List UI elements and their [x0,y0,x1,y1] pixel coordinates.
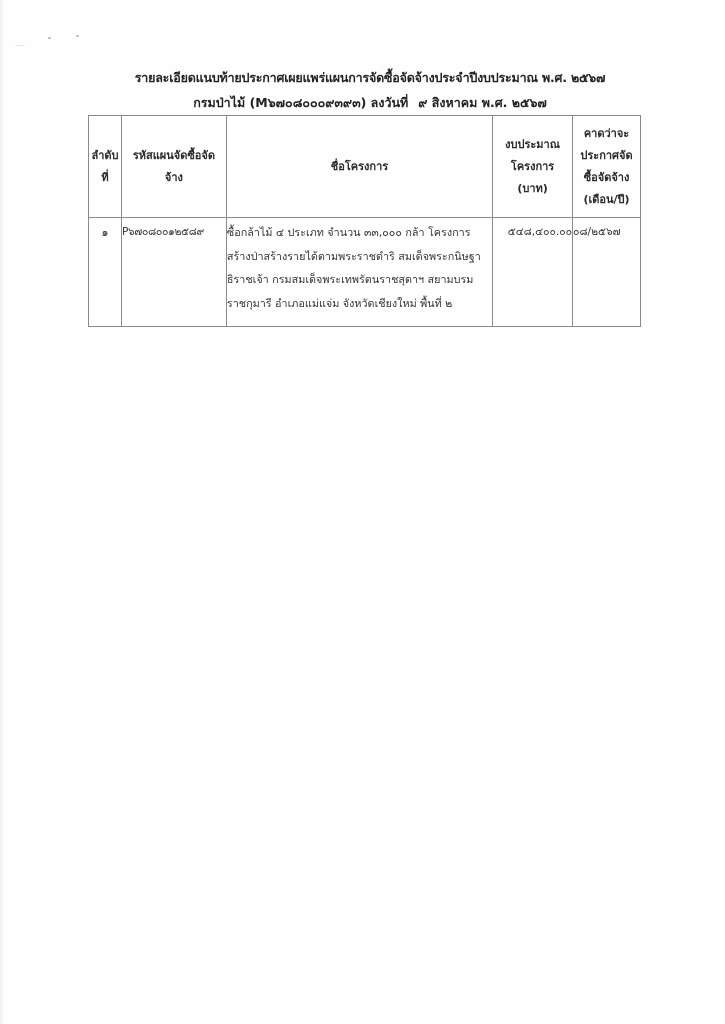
cell-plan-code: P๖๗๐๘๐๐๑๒๕๘๙ [121,218,226,327]
scanned-page: รายละเอียดแนบท้ายประกาศเผยแพร่แผนการจัดซ… [0,0,725,1024]
table-header-row: ลำดับ ที่ รหัสแผนจัดซื้อจัด จ้าง ชื่อโคร… [89,116,641,218]
scan-speck [15,45,25,46]
agency-and-date-label: กรมป่าไม้ (M๖๗๐๘๐๐๐๙๓๙๓) ลงวันที่ [193,95,408,110]
cell-project-name: ซื้อกล้าไม้ ๔ ประเภท จำนวน ๓๓,๐๐๐ กล้า โ… [226,218,492,327]
procurement-plan-table: ลำดับ ที่ รหัสแผนจัดซื้อจัด จ้าง ชื่อโคร… [88,115,641,327]
header-budget: งบประมาณ โครงการ (บาท) [493,116,573,218]
scan-speck [76,35,79,37]
scan-edge-shadow [0,0,4,1024]
header-expected-date: คาดว่าจะ ประกาศจัด ซื้อจัดจ้าง (เดือน/ปี… [573,116,641,218]
header-seq: ลำดับ ที่ [89,116,122,218]
cell-budget: ๕๔๘,๔๐๐.๐๐ [493,218,573,327]
header-plan-code: รหัสแผนจัดซื้อจัด จ้าง [121,116,226,218]
document-subtitle: กรมป่าไม้ (M๖๗๐๘๐๐๐๙๓๙๓) ลงวันที่๙ สิงหา… [100,93,640,113]
scan-speck [48,37,51,39]
cell-seq: ๑ [89,218,122,327]
cell-expected-date: ๐๘/๒๕๖๗ [573,218,641,327]
announcement-date: ๙ สิงหาคม พ.ศ. ๒๕๖๗ [418,95,547,110]
document-title: รายละเอียดแนบท้ายประกาศเผยแพร่แผนการจัดซ… [100,68,640,88]
table-row: ๑ P๖๗๐๘๐๐๑๒๕๘๙ ซื้อกล้าไม้ ๔ ประเภท จำนว… [89,218,641,327]
header-project-name: ชื่อโครงการ [226,116,492,218]
